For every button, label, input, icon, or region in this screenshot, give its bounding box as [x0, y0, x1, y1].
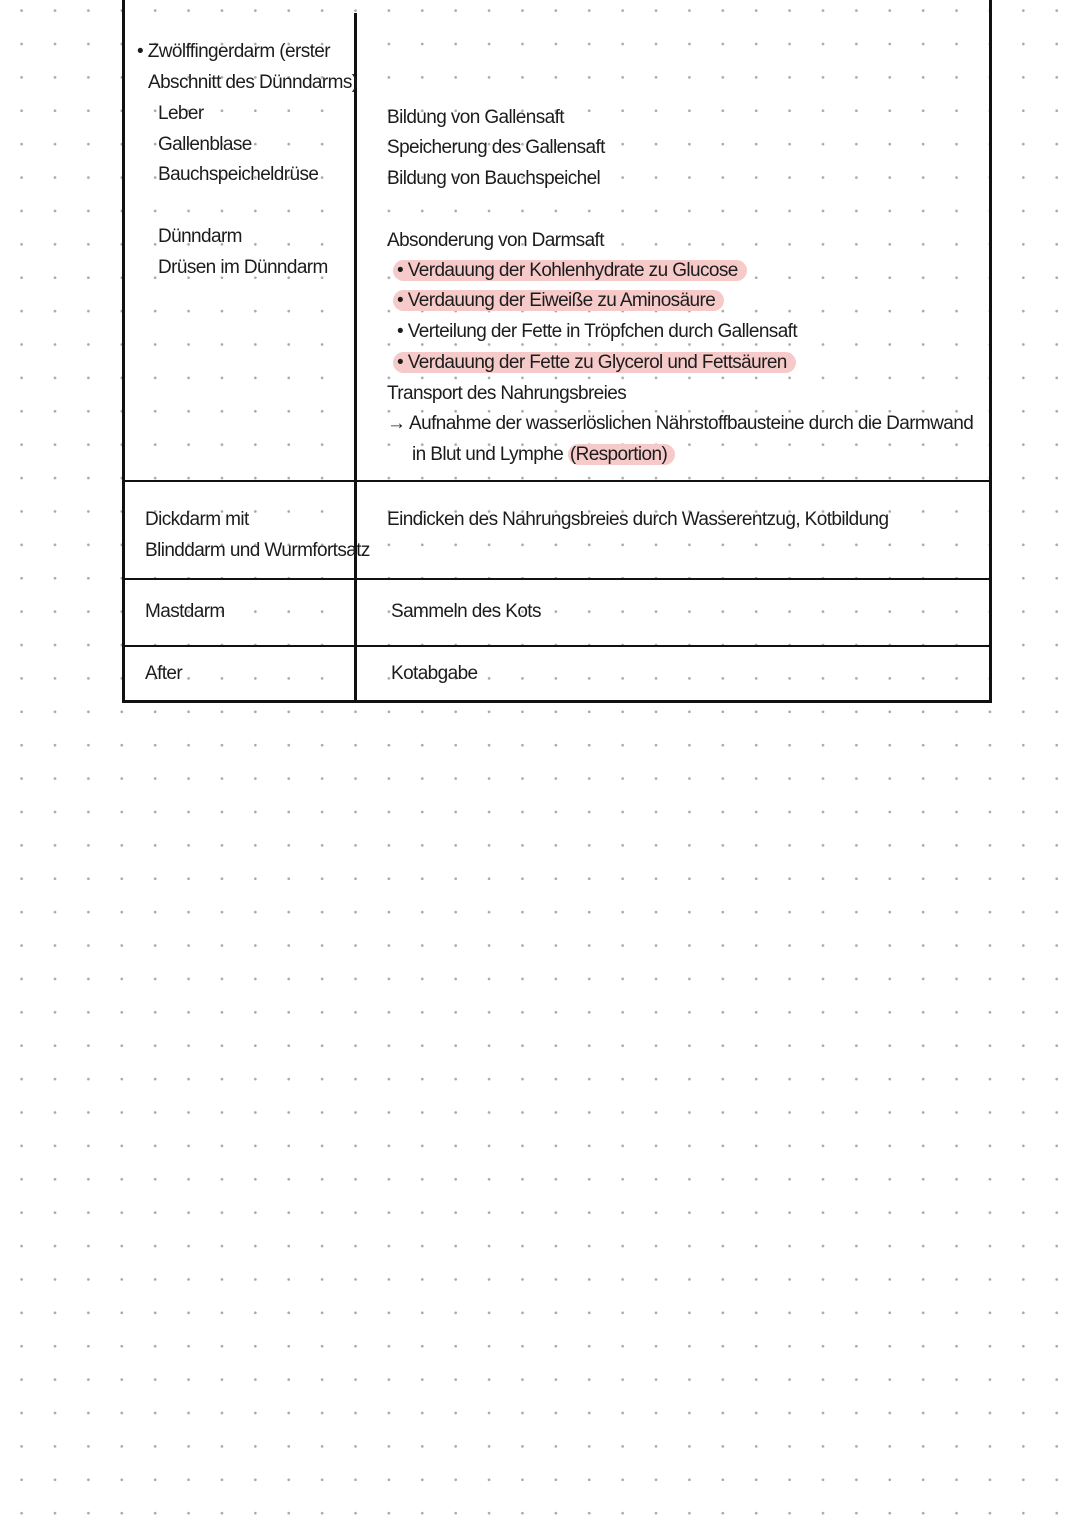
- highlighted-text: • Verdauung der Kohlenhydrate zu Glucose: [393, 260, 747, 281]
- row-divider: [122, 645, 992, 647]
- row-divider: [122, 578, 992, 580]
- function-cell-text: in Blut und Lymphe (Resportion): [412, 443, 675, 467]
- table-bottom-border: [122, 700, 992, 703]
- function-cell-text: Bildung von Bauchspeichel: [387, 167, 600, 191]
- table-right-border: [989, 0, 992, 703]
- highlighted-text: • Verdauung der Eiweiße zu Aminosäure: [393, 290, 724, 311]
- function-cell-text: • Verdauung der Kohlenhydrate zu Glucose: [397, 259, 747, 283]
- highlighted-text: • Verdauung der Fette zu Glycerol und Fe…: [393, 352, 796, 373]
- column-divider: [354, 13, 357, 703]
- row-divider: [122, 480, 992, 482]
- digestion-table: • Zwölffingerdarm (erster Abschnitt des …: [0, 0, 1080, 710]
- organ-cell-text: Dünndarm: [158, 225, 242, 249]
- organ-cell-text: • Zwölffingerdarm (erster: [137, 40, 330, 64]
- function-cell-text: Sammeln des Kots: [391, 600, 541, 624]
- organ-cell-text: Leber: [158, 102, 204, 126]
- organ-cell-text: After: [145, 662, 182, 686]
- highlighted-text: (Resportion): [568, 444, 675, 465]
- function-cell-text: • Verteilung der Fette in Tröpfchen durc…: [397, 320, 797, 344]
- function-cell-text: Eindicken des Nahrungsbreies durch Wasse…: [387, 508, 888, 532]
- function-cell-text: Kotabgabe: [391, 662, 478, 686]
- function-cell-text: Transport des Nahrungsbreies: [387, 382, 626, 406]
- table-left-border: [122, 0, 125, 703]
- function-cell-text: • Verdauung der Fette zu Glycerol und Fe…: [397, 351, 796, 375]
- function-cell-text: Speicherung des Gallensaft: [387, 136, 605, 160]
- organ-cell-text: Gallenblase: [158, 133, 252, 157]
- organ-cell-text: Dickdarm mit: [145, 508, 249, 532]
- function-text: in Blut und Lymphe: [412, 444, 563, 465]
- organ-cell-text: Bauchspeicheldrüse: [158, 163, 318, 187]
- organ-cell-text: Blinddarm und Wurmfortsatz: [145, 539, 370, 563]
- organ-cell-text: Drüsen im Dünndarm: [158, 256, 328, 280]
- function-cell-text: Bildung von Gallensaft: [387, 106, 564, 130]
- function-cell-text: • Verdauung der Eiweiße zu Aminosäure: [397, 289, 724, 313]
- organ-cell-text: Mastdarm: [145, 600, 225, 624]
- organ-cell-text: Abschnitt des Dünndarms): [148, 71, 357, 95]
- function-cell-text: → Aufnahme der wasserlöslichen Nährstoff…: [387, 412, 973, 436]
- function-cell-text: Absonderung von Darmsaft: [387, 229, 604, 253]
